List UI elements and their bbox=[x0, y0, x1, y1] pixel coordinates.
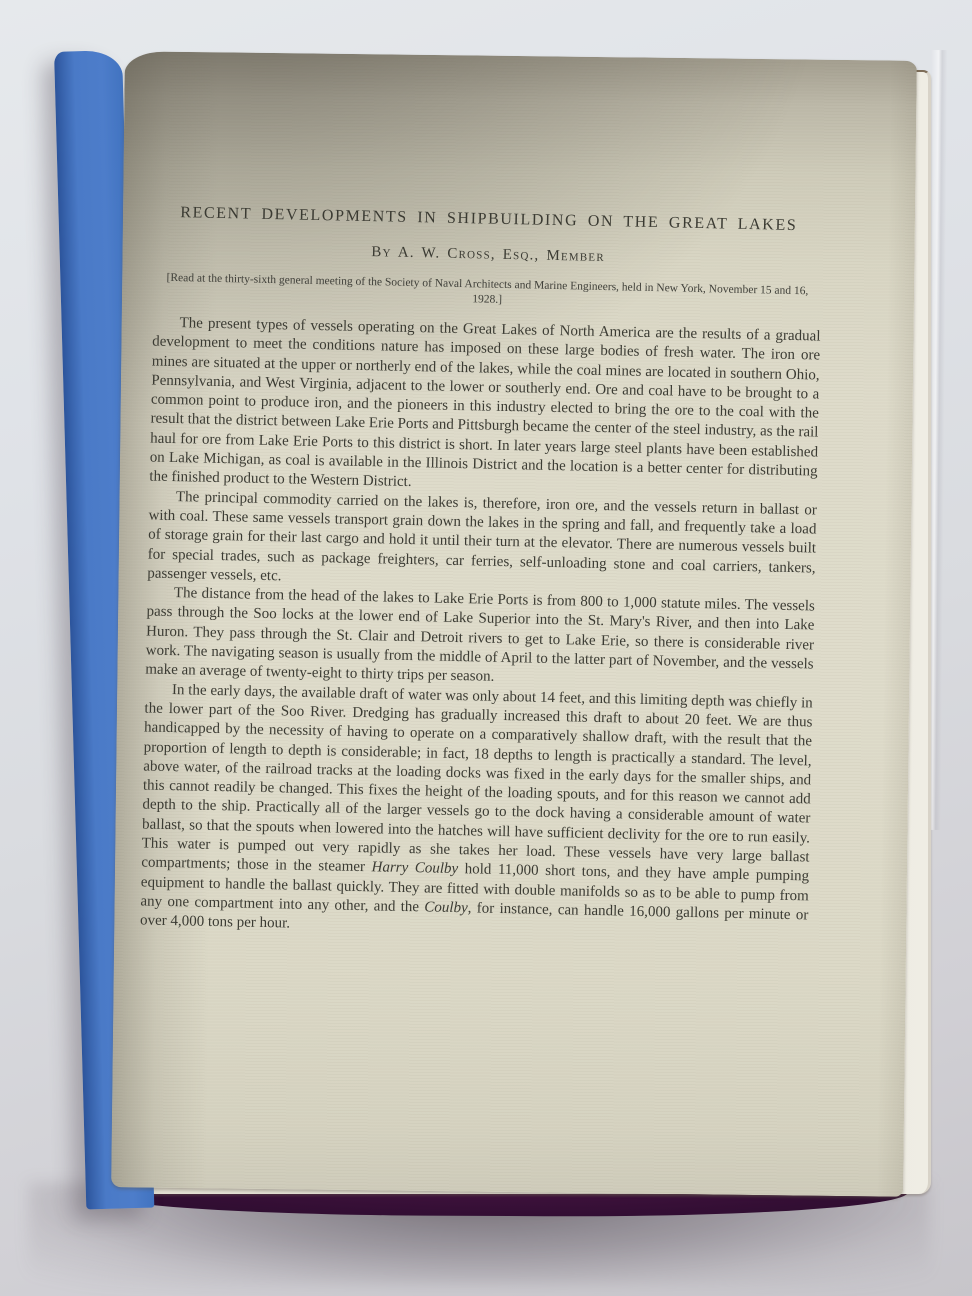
article: RECENT DEVELOPMENTS IN SHIPBUILDING ON T… bbox=[140, 202, 823, 945]
article-body: The present types of vessels operating o… bbox=[140, 314, 821, 945]
article-byline: By A. W. Cross, Esq., Member bbox=[154, 239, 822, 271]
article-title: RECENT DEVELOPMENTS IN SHIPBUILDING ON T… bbox=[155, 202, 823, 238]
photo-background: RECENT DEVELOPMENTS IN SHIPBUILDING ON T… bbox=[0, 0, 972, 1296]
book-page: RECENT DEVELOPMENTS IN SHIPBUILDING ON T… bbox=[111, 51, 917, 1197]
paragraph: The distance from the head of the lakes … bbox=[145, 584, 815, 694]
presentation-note: [Read at the thirty-sixth general meetin… bbox=[157, 271, 817, 315]
paragraph: In the early days, the available draft o… bbox=[140, 680, 813, 945]
paragraph: The principal commodity carried on the l… bbox=[147, 487, 817, 597]
paragraph: The present types of vessels operating o… bbox=[149, 314, 820, 502]
